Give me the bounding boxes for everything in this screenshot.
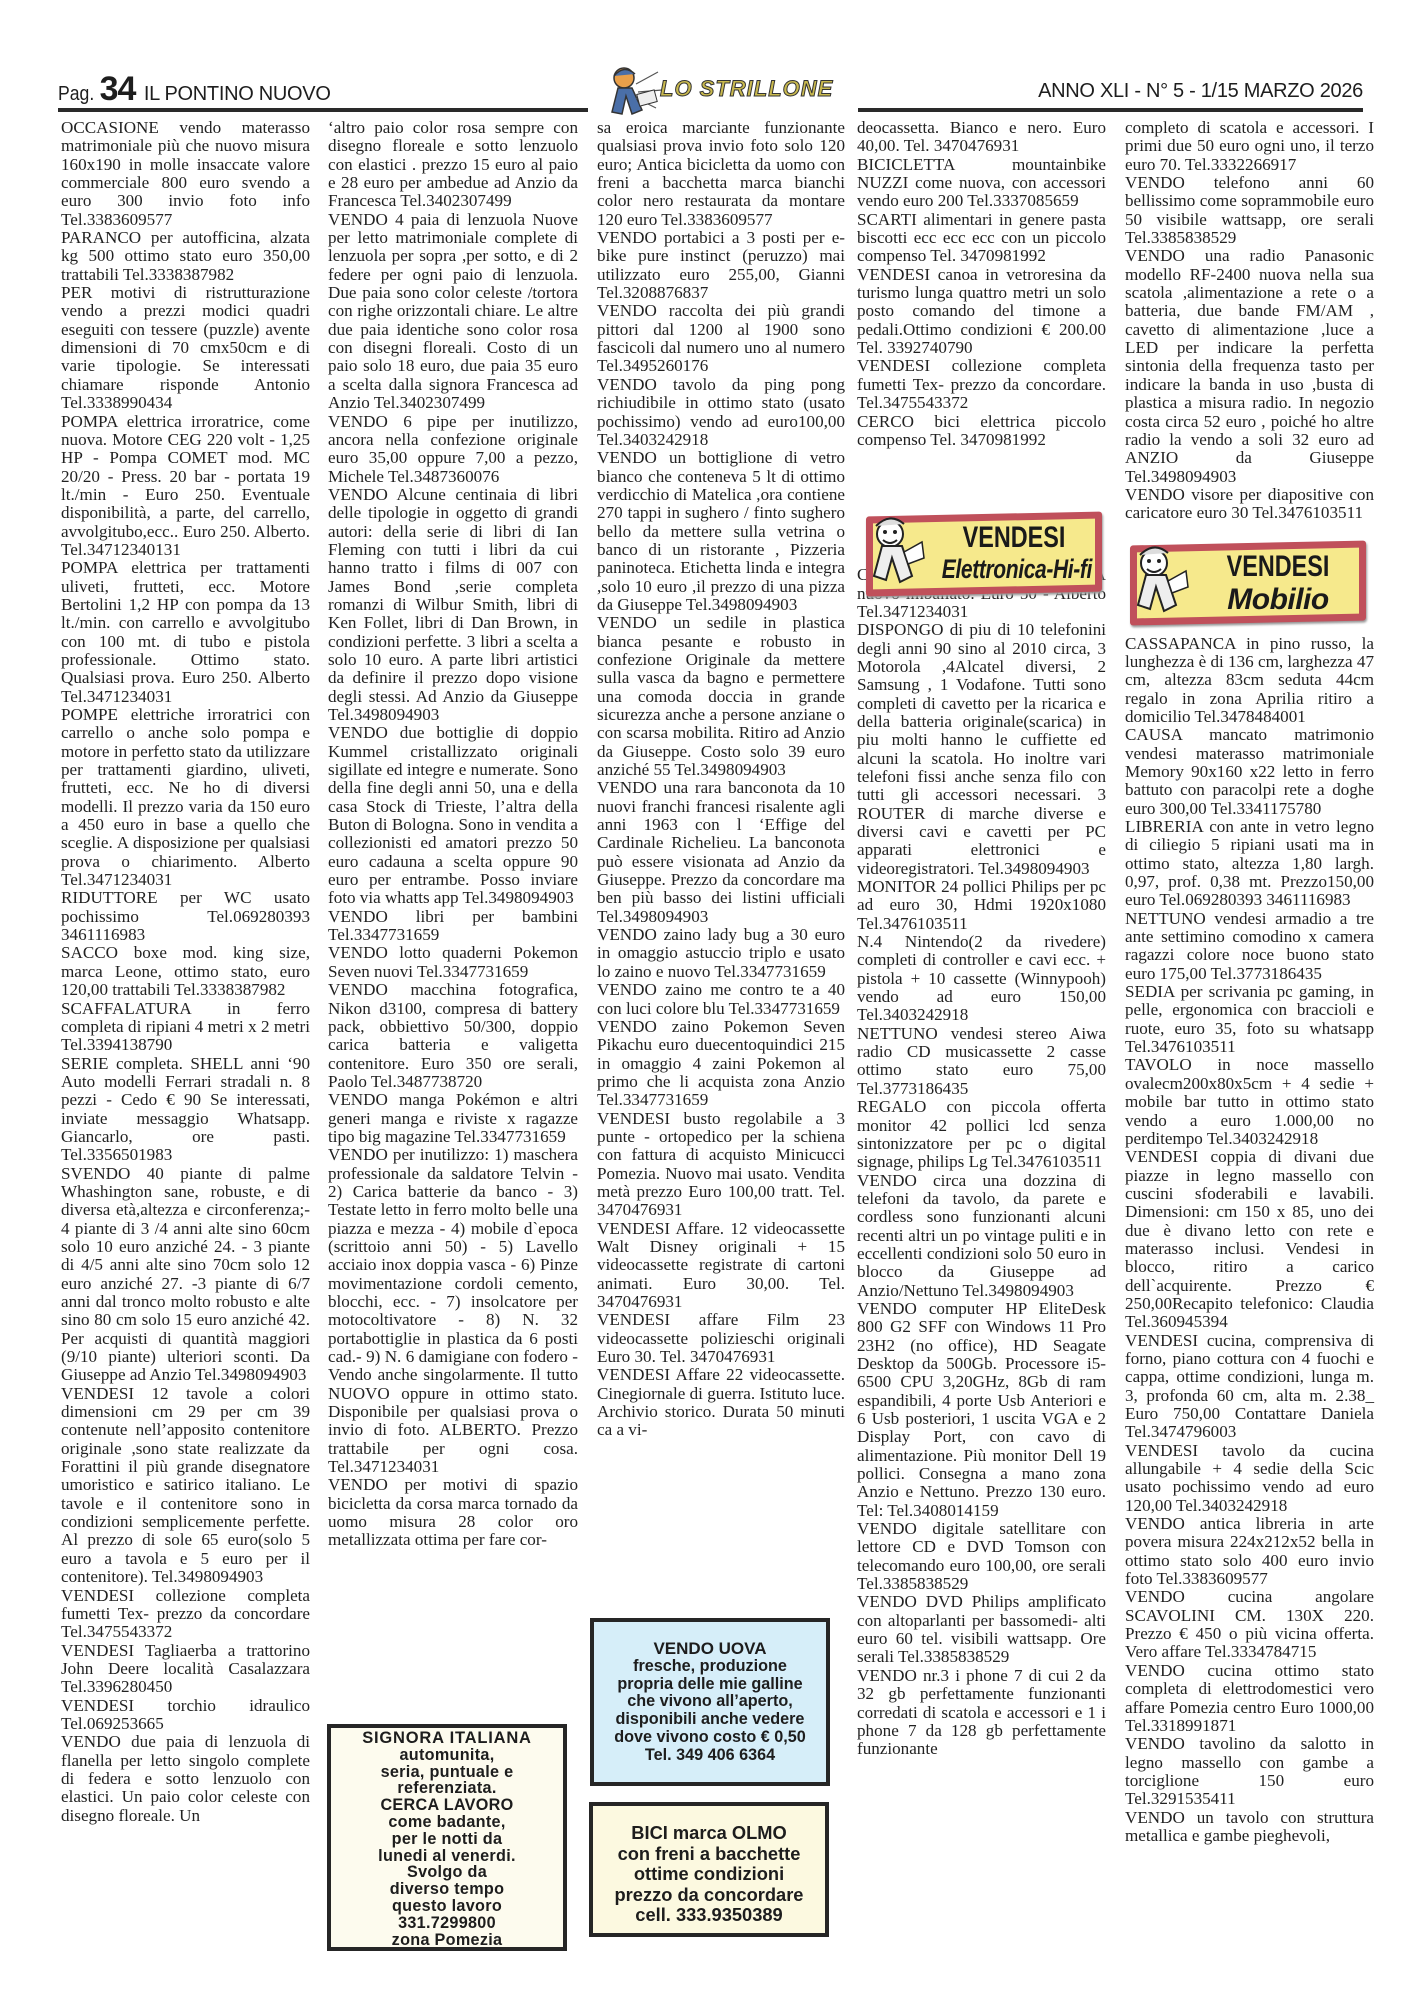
classified-ad: VENDESI canoa in vetroresina da turismo … [857, 266, 1106, 358]
column-4-elettronica-ads: CARICABATTERIE DECA 16A nuovo imballato.… [857, 566, 1106, 1758]
ad-text: sa eroica marciante funzionante qualsias… [597, 118, 845, 229]
box-line: propria delle mie galline [594, 1676, 826, 1694]
logo-text: LO STRILLONE [660, 76, 833, 102]
ad-keyword: VENDO [597, 1017, 657, 1036]
classified-ad: VENDO nr.3 i phone 7 di cui 2 da 32 gb p… [857, 1667, 1106, 1759]
ad-keyword: SACCO [61, 943, 118, 962]
ad-box-bici-olmo: BICI marca OLMO con freni a bacchette ot… [589, 1802, 829, 1937]
classified-ad: VENDO digitale satellitare con lettore C… [857, 1520, 1106, 1593]
classified-ad: VENDO una rara banconota da 10 nuovi fra… [597, 779, 845, 926]
classified-ad: VENDO cucina ottimo stato completa di el… [1125, 1662, 1374, 1735]
classified-ad: VENDO due bottiglie di doppio Kummel cri… [328, 724, 578, 907]
ad-text: una rara banconota da 10 nuovi franchi f… [597, 778, 845, 925]
ad-keyword: VENDO [597, 301, 657, 320]
classified-ad: SCAFFALATURA in ferro completa di ripian… [61, 1000, 310, 1055]
ad-keyword: SCARTI [857, 210, 917, 229]
ad-keyword: VENDO [857, 1592, 917, 1611]
ad-keyword: VENDO [1125, 1808, 1185, 1827]
box-phone: Tel. 349 406 6364 [594, 1747, 826, 1765]
newspaper-name: IL PONTINO NUOVO [144, 83, 331, 106]
ad-keyword: VENDESI [857, 265, 930, 284]
classified-ad: VENDESI torchio idraulico Tel.069253665 [61, 1697, 310, 1734]
column-5-mobilio-ads: CASSAPANCA in pino russo, la lunghezza è… [1125, 635, 1374, 1846]
classified-ad: CASSAPANCA in pino russo, la lunghezza è… [1125, 635, 1374, 727]
ad-keyword: VENDO [328, 485, 388, 504]
classified-ad: VENDO un sedile in plastica bianca pesan… [597, 614, 845, 779]
box-line: BICI marca OLMO [593, 1823, 825, 1844]
ad-keyword: TAVOLO [1125, 1055, 1192, 1074]
classified-ad: VENDO cucina angolare SCAVOLINI CM. 130X… [1125, 1588, 1374, 1661]
ad-keyword: SVENDO [61, 1164, 130, 1183]
box-line: con freni a bacchette [593, 1844, 825, 1865]
classified-ad: VENDO 6 pipe per inutilizzo, ancora nell… [328, 413, 578, 486]
ad-keyword: VENDO [1125, 485, 1185, 504]
banner-category: Elettronica-Hi-fi [942, 554, 1082, 585]
classified-ad: VENDO visore per diapositive con caricat… [1125, 486, 1374, 523]
box-line: SIGNORA ITALIANA [331, 1730, 563, 1747]
ad-text: due bottiglie di doppio Kummel cristalli… [328, 723, 578, 907]
box-line: come badante, [331, 1814, 563, 1831]
column-5-top: completo di scatola e accessori. I primi… [1125, 119, 1374, 523]
page-number: 34 [100, 70, 136, 109]
ad-keyword: RIDUTTORE [61, 888, 158, 907]
classified-ad: VENDO 4 paia di lenzuola Nuove per letto… [328, 211, 578, 413]
box-line: diverso tempo [331, 1881, 563, 1898]
ad-keyword: VENDESI [61, 1384, 134, 1403]
ad-text: un bottiglione di vetro bianco che conte… [597, 448, 845, 614]
classified-ad: VENDESI Affare 22 videocassette. Cinegio… [597, 1366, 845, 1439]
classified-ad: POMPA elettrica per trattamenti uliveti,… [61, 559, 310, 706]
ad-box-signora-italiana: SIGNORA ITALIANA automunita, seria, punt… [327, 1724, 567, 1951]
ad-text: 40 piante di palme Whashington sane, rob… [61, 1164, 310, 1385]
lo-strillone-logo: LO STRILLONE [598, 62, 853, 120]
ad-text: Nintendo(2 da rivedere) completi di cont… [857, 932, 1106, 1024]
ad-keyword: VENDESI [61, 1586, 134, 1605]
box-line: zona Pomezia [331, 1932, 563, 1949]
classified-ad: SERIE completa. SHELL anni ‘90 Auto mode… [61, 1055, 310, 1165]
ad-keyword: VENDO [597, 925, 657, 944]
classified-ad: VENDO Alcune centinaia di libri delle ti… [328, 486, 578, 724]
classified-ad: VENDO circa una dozzina di telefoni da t… [857, 1172, 1106, 1300]
ad-keyword: VENDESI [597, 1109, 670, 1128]
classified-ad: VENDO tavolo da ping pong richiudibile i… [597, 376, 845, 449]
box-line: disponibili anche vedere [594, 1711, 826, 1729]
ad-keyword: VENDO [328, 1475, 388, 1494]
classified-ad: VENDO per motivi di spazio bicicletta da… [328, 1476, 578, 1549]
section-banner-mobilio: VENDESI Mobilio [1128, 537, 1368, 627]
ad-keyword: PARANCO [61, 228, 141, 247]
classified-ad: VENDESI Tagliaerba a trattorino John Dee… [61, 1642, 310, 1697]
classified-ad: POMPE elettriche irroratrici con carrell… [61, 706, 310, 889]
ad-keyword: SERIE [61, 1054, 108, 1073]
ad-text: una radio Panasonic modello RF-2400 nuov… [1125, 246, 1374, 485]
ad-keyword: VENDO [328, 1145, 388, 1164]
newsboy-mascot-icon [598, 62, 668, 122]
classified-ad: SEDIA per scrivania pc gaming, in pelle,… [1125, 983, 1374, 1056]
box-line: automunita, [331, 1747, 563, 1764]
banner-category: Mobilio [1198, 583, 1358, 617]
section-banner-elettronica-hifi: VENDESI Elettronica-Hi-fi [864, 508, 1104, 598]
ad-keyword: VENDO [328, 723, 388, 742]
classified-ad: VENDO tavolino da salotto in legno masse… [1125, 1735, 1374, 1808]
classified-ad: OCCASIONE vendo materasso matrimoniale p… [61, 119, 310, 229]
ad-keyword: VENDO [1125, 1661, 1185, 1680]
ad-keyword: CAUSA [1125, 725, 1182, 744]
ad-keyword: VENDO [328, 1090, 388, 1109]
ad-keyword: VENDO [1125, 246, 1185, 265]
ad-text: un sedile in plastica bianca pesante e r… [597, 613, 845, 779]
page-prefix: Pag. [58, 83, 94, 106]
ad-text: 12 tavole a colori dimensioni cm 29 per … [61, 1384, 310, 1586]
classified-ad: PARANCO per autofficina, alzata kg 500 o… [61, 229, 310, 284]
ad-keyword: VENDO [328, 980, 388, 999]
classified-ad: PER motivi di ristrutturazione vendo a p… [61, 284, 310, 412]
banner-title: VENDESI [952, 521, 1077, 555]
classified-ad: DISPONGO di piu di 10 telefonini degli a… [857, 621, 1106, 878]
ad-keyword: NETTUNO [1125, 909, 1206, 928]
classified-ad: VENDESI cucina, comprensiva di forno, pi… [1125, 1332, 1374, 1442]
ad-keyword: PER [61, 283, 92, 302]
page-label: Pag. 34 IL PONTINO NUOVO [58, 70, 331, 109]
banner-title: VENDESI [1216, 550, 1341, 584]
box-line: lunedi al venerdi. [331, 1848, 563, 1865]
ad-keyword: VENDO [857, 1299, 917, 1318]
box-line: referenziata. [331, 1780, 563, 1797]
ad-keyword: POMPE [61, 705, 118, 724]
classified-ad: VENDO una radio Panasonic modello RF-240… [1125, 247, 1374, 485]
ad-keyword: CERCO [857, 412, 914, 431]
ad-keyword: VENDO [1125, 1514, 1185, 1533]
classified-ad: SVENDO 40 piante di palme Whashington sa… [61, 1165, 310, 1385]
box-line: seria, puntuale e [331, 1764, 563, 1781]
classified-ad: SCARTI alimentari in genere pasta biscot… [857, 211, 1106, 266]
ad-keyword: SCAFFALATURA [61, 999, 191, 1018]
ad-keyword: VENDO [857, 1666, 917, 1685]
ad-keyword: VENDO [597, 228, 657, 247]
ad-keyword: VENDO [597, 613, 657, 632]
classified-ad: VENDO portabici a 3 posti per e-bike pur… [597, 229, 845, 302]
ad-keyword: VENDESI [1125, 1331, 1198, 1350]
classified-ad: NETTUNO vendesi stereo Aiwa radio CD mus… [857, 1025, 1106, 1098]
classified-ad: VENDO DVD Philips amplificato con altopa… [857, 1593, 1106, 1666]
ad-text: elettriche irroratrici con carrello o an… [61, 705, 310, 889]
classified-ad: VENDO lotto quaderni Pokemon Seven nuovi… [328, 944, 578, 981]
box-line: per le notti da [331, 1831, 563, 1848]
classified-ad: TAVOLO in noce massello ovalecm200x80x5c… [1125, 1056, 1374, 1148]
classified-ad: sa eroica marciante funzionante qualsias… [597, 119, 845, 229]
box-line: questo lavoro [331, 1898, 563, 1915]
classified-ad: VENDESI busto regolabile a 3 punte - ort… [597, 1110, 845, 1220]
ad-keyword: VENDO [597, 375, 657, 394]
classifieds-column-5: completo di scatola e accessori. I primi… [1125, 119, 1374, 1845]
ad-keyword: VENDESI [61, 1696, 134, 1715]
ad-keyword: VENDO [597, 448, 657, 467]
ad-keyword: VENDO [857, 1519, 917, 1538]
box-line: dove vivono costo € 0,50 [594, 1729, 826, 1747]
classified-ad: VENDO un bottiglione di vetro bianco che… [597, 449, 845, 614]
classified-ad: VENDO zaino me contro te a 40 con luci c… [597, 981, 845, 1018]
ad-text: di piu di 10 telefonini degli anni 90 si… [857, 620, 1106, 877]
ad-keyword: N.4 [857, 932, 882, 951]
classified-ad: ‘altro paio color rosa sempre con disegn… [328, 119, 578, 211]
classified-ad: VENDESI coppia di divani due piazze in l… [1125, 1148, 1374, 1331]
box-line: CERCA LAVORO [331, 1797, 563, 1814]
classified-ad: completo di scatola e accessori. I primi… [1125, 119, 1374, 174]
classified-ad: VENDO manga Pokémon e altri generi manga… [328, 1091, 578, 1146]
ad-keyword: SEDIA [1125, 982, 1174, 1001]
classified-ad: VENDO raccolta dei più grandi pittori da… [597, 302, 845, 375]
classified-ad: MONITOR 24 pollici Philips per pc ad eur… [857, 878, 1106, 933]
classified-ad: VENDO telefono anni 60 bellissimo come s… [1125, 174, 1374, 247]
ad-keyword: VENDO [61, 1732, 121, 1751]
ad-keyword: REGALO [857, 1097, 926, 1116]
box-line: prezzo da concordare [593, 1885, 825, 1906]
classified-ad: SACCO boxe mod. king size, marca Leone, … [61, 944, 310, 999]
box-line: fresche, produzione [594, 1658, 826, 1676]
ad-keyword: BICICLETTA [857, 155, 954, 174]
classified-ad: NETTUNO vendesi armadio a tre ante setti… [1125, 910, 1374, 983]
box-line: ottime condizioni [593, 1864, 825, 1885]
classified-ad: REGALO con piccola offerta monitor 42 po… [857, 1098, 1106, 1171]
ad-text: deocassetta. Bianco e nero. Euro 40,00. … [857, 118, 1106, 155]
classified-ad: VENDO per inutilizzo: 1) maschera profes… [328, 1146, 578, 1476]
ad-keyword: VENDESI [1125, 1147, 1198, 1166]
ad-text: per inutilizzo: 1) maschera professional… [328, 1145, 578, 1476]
newsboy-mascot-icon [1128, 541, 1190, 625]
ad-keyword: VENDO [597, 778, 657, 797]
ad-text: Alcune centinaia di libri delle tipologi… [328, 485, 578, 724]
column-4-top: deocassetta. Bianco e nero. Euro 40,00. … [857, 119, 1106, 449]
classified-ad: CERCO bici elettrica piccolo compenso Te… [857, 413, 1106, 450]
page-header: Pag. 34 IL PONTINO NUOVO LO STRILLONE AN… [58, 62, 1363, 114]
classified-ad: VENDO antica libreria in arte povera mis… [1125, 1515, 1374, 1588]
ad-text: ‘altro paio color rosa sempre con disegn… [328, 118, 578, 210]
classifieds-column-3: sa eroica marciante funzionante qualsias… [597, 119, 845, 1440]
ad-keyword: VENDO [857, 1171, 917, 1190]
classified-ad: BICICLETTA mountainbike NUZZI come nuova… [857, 156, 1106, 211]
header-rule-right [858, 108, 1363, 112]
ad-text: completo di scatola e accessori. I primi… [1125, 118, 1374, 174]
ad-text: elettrica per trattamenti uliveti, frutt… [61, 558, 310, 705]
classifieds-column-1: OCCASIONE vendo materasso matrimoniale p… [61, 119, 310, 1825]
newsboy-mascot-icon [864, 512, 926, 596]
box-line: Svolgo da [331, 1864, 563, 1881]
ad-keyword: VENDO [1125, 173, 1185, 192]
classified-ad: VENDO macchina fotografica, Nikon d3100,… [328, 981, 578, 1091]
ad-keyword: VENDO [328, 943, 388, 962]
ad-keyword: MONITOR [857, 877, 936, 896]
classified-ad: RIDUTTORE per WC usato pochissimo Tel.06… [61, 889, 310, 944]
classified-ad: POMPA elettrica irroratrice, come nuova.… [61, 413, 310, 560]
ad-keyword: POMPA [61, 412, 117, 431]
box-phone: 331.7299800 [331, 1915, 563, 1932]
ad-keyword: VENDESI [1125, 1441, 1198, 1460]
ad-keyword: OCCASIONE [61, 118, 159, 137]
classified-ad: VENDO zaino Pokemon Seven Pikachu euro d… [597, 1018, 845, 1110]
ad-keyword: LIBRERIA [1125, 817, 1203, 836]
classifieds-column-2: ‘altro paio color rosa sempre con disegn… [328, 119, 578, 1550]
ad-keyword: CASSAPANCA [1125, 634, 1236, 653]
ad-text: 4 paia di lenzuola Nuove per letto matri… [328, 210, 578, 412]
ad-text: circa una dozzina di telefoni da tavolo,… [857, 1171, 1106, 1300]
classified-ad: VENDO computer HP EliteDesk 800 G2 SFF c… [857, 1300, 1106, 1520]
classified-ad: VENDESI collezione completa fumetti Tex-… [61, 1587, 310, 1642]
ad-keyword: VENDESI [597, 1219, 670, 1238]
ad-keyword: VENDO [597, 980, 657, 999]
ad-keyword: VENDO [328, 907, 388, 926]
classified-ad: VENDESI tavolo da cucina allungabile + 4… [1125, 1442, 1374, 1515]
classified-ad: N.4 Nintendo(2 da rivedere) completi di … [857, 933, 1106, 1025]
ad-text: motivi di ristrutturazione vendo a prezz… [61, 283, 310, 412]
classified-ad: VENDO un tavolo con struttura metallica … [1125, 1809, 1374, 1846]
ad-keyword: VENDESI [597, 1310, 670, 1329]
classifieds-column-4: deocassetta. Bianco e nero. Euro 40,00. … [857, 119, 1106, 1759]
box-line: VENDO UOVA [594, 1640, 826, 1658]
ad-keyword: VENDESI [597, 1365, 670, 1384]
classified-ad: deocassetta. Bianco e nero. Euro 40,00. … [857, 119, 1106, 156]
box-line: che vivono all’aperto, [594, 1693, 826, 1711]
ad-keyword: DISPONGO [857, 620, 943, 639]
classified-ad: VENDESI 12 tavole a colori dimensioni cm… [61, 1385, 310, 1587]
classified-ad: VENDESI collezione completa fumetti Tex-… [857, 357, 1106, 412]
ad-keyword: VENDESI [857, 356, 930, 375]
ad-keyword: POMPA [61, 558, 117, 577]
classified-ad: VENDO libri per bambini Tel.3347731659 [328, 908, 578, 945]
ad-keyword: VENDESI [61, 1641, 134, 1660]
ad-box-vendo-uova: VENDO UOVA fresche, produzione propria d… [590, 1618, 830, 1786]
ad-keyword: VENDO [1125, 1734, 1185, 1753]
ad-text: elettrica irroratrice, come nuova. Motor… [61, 412, 310, 559]
classified-ad: CAUSA mancato matrimonio vendesi materas… [1125, 726, 1374, 818]
header-rule-left [58, 108, 588, 112]
ad-text: computer HP EliteDesk 800 G2 SFF con Win… [857, 1299, 1106, 1520]
classified-ad: LIBRERIA con ante in vetro legno di cili… [1125, 818, 1374, 910]
ad-text: coppia di divani due piazze in legno mas… [1125, 1147, 1374, 1331]
classified-ad: VENDO zaino lady bug a 30 euro in omaggi… [597, 926, 845, 981]
classified-ad: VENDO due paia di lenzuola di flanella p… [61, 1733, 310, 1825]
ad-keyword: NETTUNO [857, 1024, 938, 1043]
box-phone: cell. 333.9350389 [593, 1905, 825, 1926]
classified-ad: VENDESI affare Film 23 videocassette pol… [597, 1311, 845, 1366]
ad-keyword: VENDO [328, 210, 388, 229]
ad-keyword: VENDO [328, 412, 388, 431]
issue-info: ANNO XLI - N° 5 - 1/15 MARZO 2026 [1038, 80, 1363, 103]
classified-ad: VENDESI Affare. 12 videocassette Walt Di… [597, 1220, 845, 1312]
ad-keyword: VENDO [1125, 1587, 1185, 1606]
